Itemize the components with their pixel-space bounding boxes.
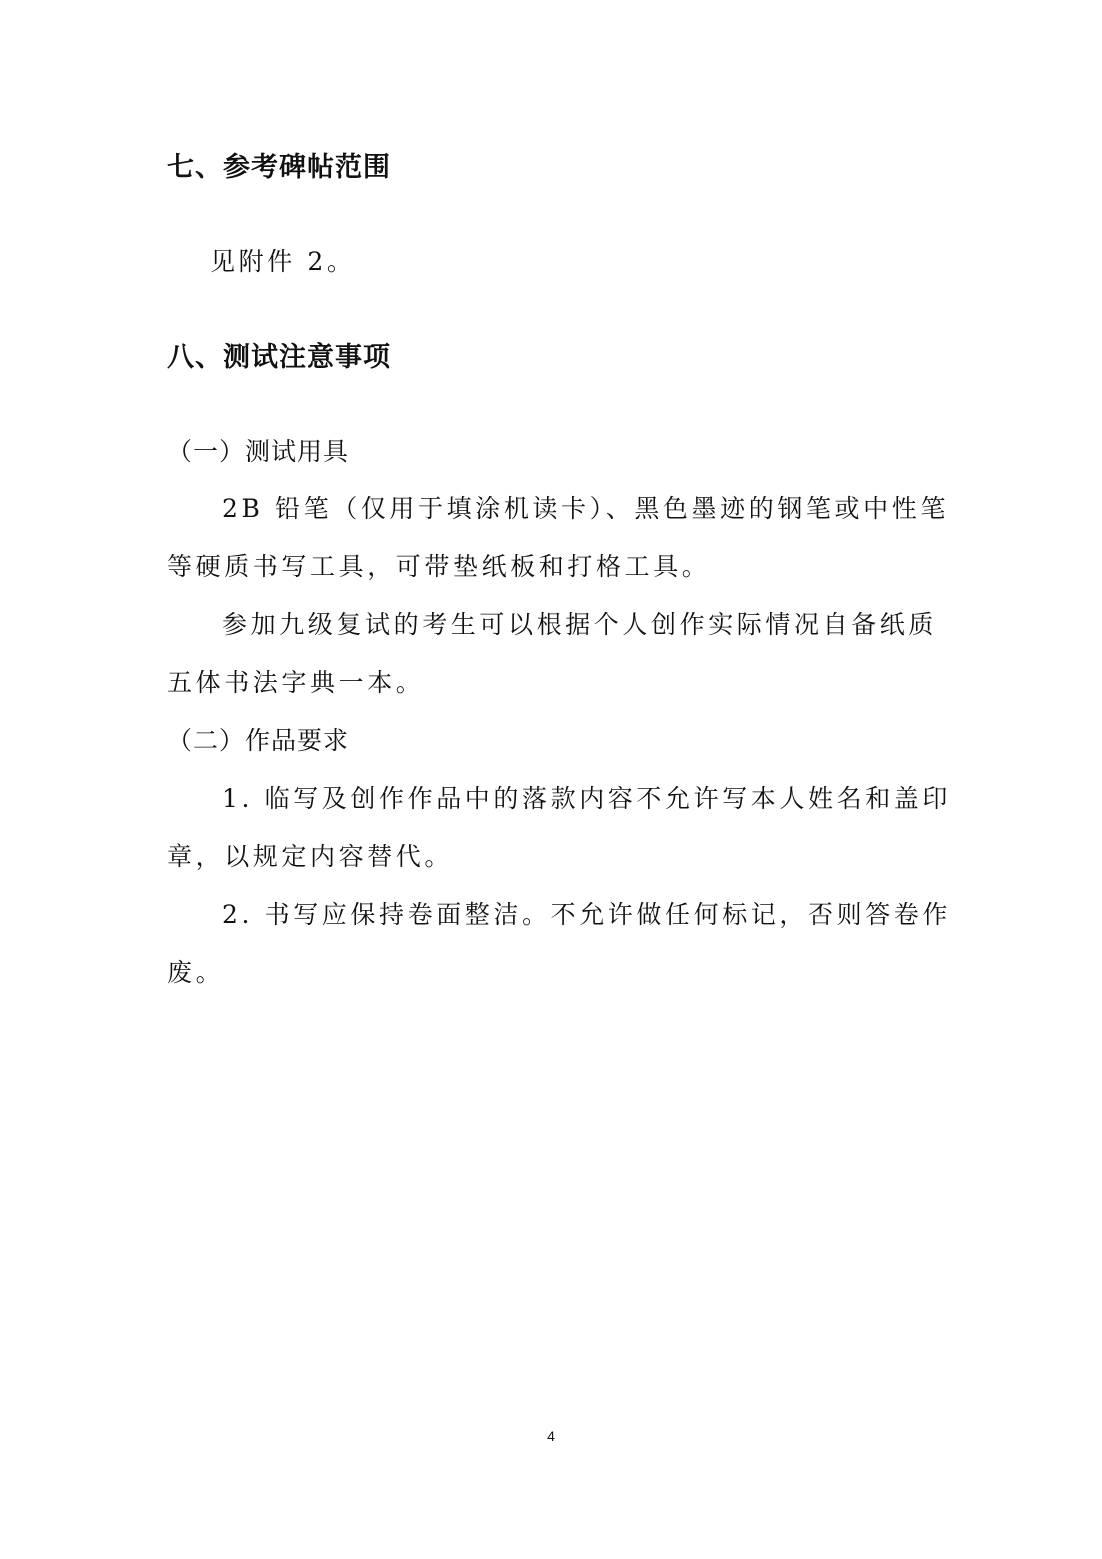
subheading-test-tools: （一）测试用具 [167,435,349,469]
paragraph-tools-line-2: 等硬质书写工具，可带垫纸板和打格工具。 [167,550,710,584]
paragraph-tools-line-1: 2B 铅笔（仅用于填涂机读卡）、黑色墨迹的钢笔或中性笔 [222,492,949,526]
paragraph-signature-line-1: 1. 临写及创作作品中的落款内容不允许写本人姓名和盖印 [222,782,951,816]
section-heading-test-notes: 八、测试注意事项 [167,340,391,376]
subheading-work-requirements: （二）作品要求 [167,724,349,758]
paragraph-clean-line-1: 2. 书写应保持卷面整洁。不允许做任何标记，否则答卷作 [222,898,951,932]
document-page: 七、参考碑帖范围 见附件 2。 八、测试注意事项 （一）测试用具 2B 铅笔（仅… [0,0,1102,1559]
paragraph-clean-line-2: 废。 [167,956,224,990]
paragraph-see-attachment: 见附件 2。 [210,245,355,279]
paragraph-dictionary-line-1: 参加九级复试的考生可以根据个人创作实际情况自备纸质 [222,608,937,642]
paragraph-dictionary-line-2: 五体书法字典一本。 [167,666,424,700]
paragraph-signature-line-2: 章，以规定内容替代。 [167,840,453,874]
section-heading-reference-rubbings: 七、参考碑帖范围 [167,150,391,186]
page-number: 4 [0,1427,1102,1445]
